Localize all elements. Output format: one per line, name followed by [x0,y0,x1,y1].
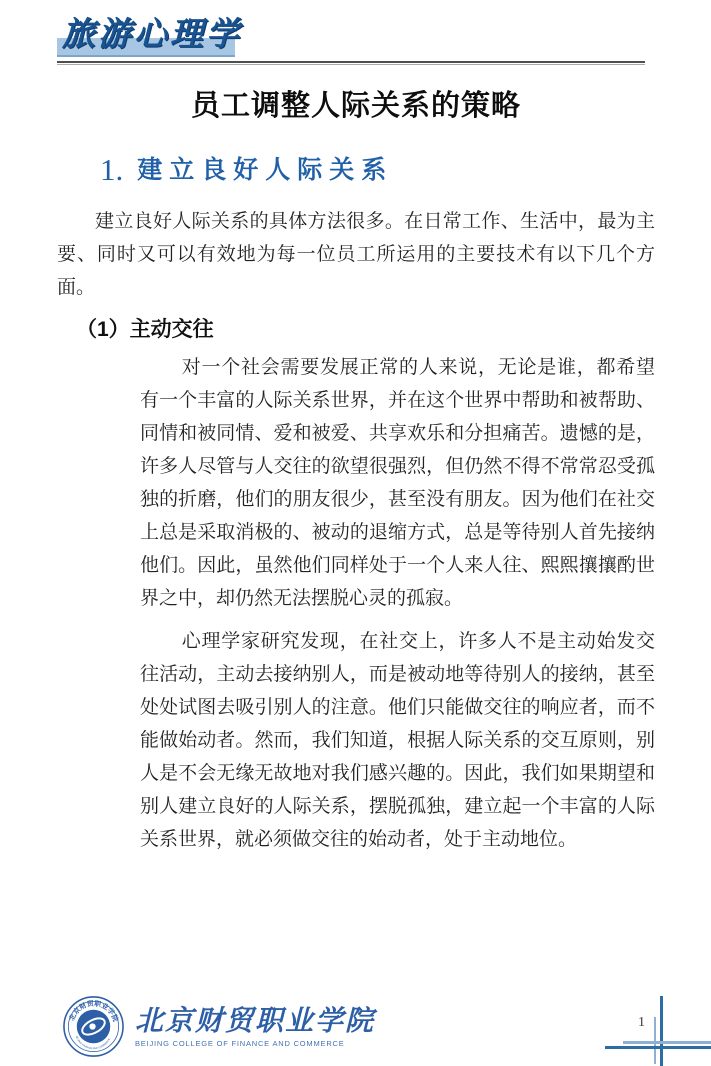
document-page: 旅游心理学 员工调整人际关系的策略 1.建立良好人际关系 建立良好人际关系的具体… [0,0,711,1066]
footer-decoration-vertical-dark [660,996,663,1066]
college-logo: 北京财贸职业学院 BEIJING FINANCE AND COMMERCE 北京… [62,995,375,1058]
section-number: 1. [100,152,123,187]
college-emblem-icon: 北京财贸职业学院 BEIJING FINANCE AND COMMERCE [62,995,125,1058]
college-name-block: 北京财贸职业学院 BEIJING COLLEGE OF FINANCE AND … [135,1005,375,1048]
section-title: 建立良好人际关系 [137,155,393,184]
document-body: 员工调整人际关系的策略 1.建立良好人际关系 建立良好人际关系的具体方法很多。在… [57,86,655,866]
body-paragraph-2: 心理学家研究发现，在社交上，许多人不是主动始发交往活动，主动去接纳别人，而是被动… [140,625,655,856]
footer-decoration-horizontal-dark [605,1046,711,1049]
page-number: 1 [638,1015,645,1031]
college-name-en: BEIJING COLLEGE OF FINANCE AND COMMERCE [135,1039,375,1048]
footer-decoration-horizontal-light [623,1041,711,1044]
intro-paragraph: 建立良好人际关系的具体方法很多。在日常工作、生活中，最为主要、同时又可以有效地为… [57,205,655,304]
body-paragraph-1: 对一个社会需要发展正常的人来说，无论是谁，都希望有一个丰富的人际关系世界，并在这… [140,351,655,615]
book-title-logo: 旅游心理学 [62,16,242,52]
subsection-heading: （1）主动交往 [76,315,655,345]
section-heading: 1.建立良好人际关系 [100,150,655,188]
subsection-content: 对一个社会需要发展正常的人来说，无论是谁，都希望有一个丰富的人际关系世界，并在这… [140,351,655,856]
header-band: 旅游心理学 [57,38,235,57]
header-divider [57,61,645,65]
college-name-zh: 北京财贸职业学院 [135,1005,375,1037]
page-title: 员工调整人际关系的策略 [57,86,655,126]
